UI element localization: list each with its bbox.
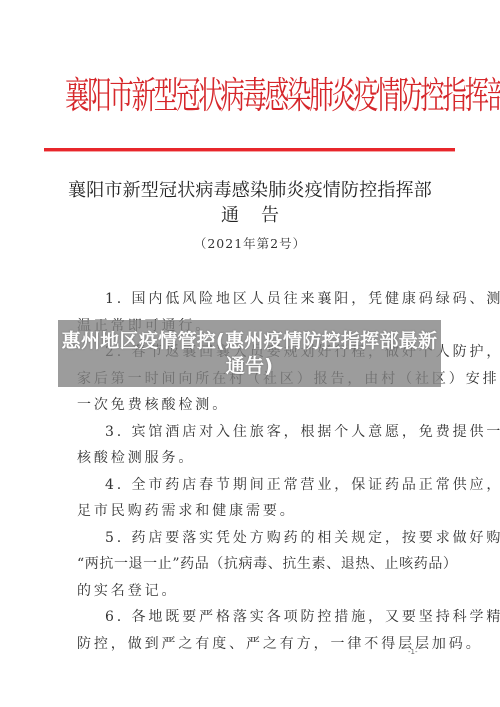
notice-issuer: 襄阳市新型冠状病毒感染肺炎疫情防控指挥部 [0,180,500,202]
body-line: 4. 全市药店春节期间正常营业，保证药品正常供应，满 [77,472,427,499]
body-line: 5. 药店要落实凭处方购药的相关规定，按要求做好购买 [77,525,427,552]
body-line: 一次免费核酸检测。 [77,392,427,419]
body-line: 足市民购药需求和健康需要。 [77,498,427,525]
page-number: -1- [408,648,418,656]
letterhead-title: 襄阳市新型冠状病毒感染肺炎疫情防控指挥部 [65,72,435,119]
notice-number: （2021年第2号） [0,236,500,252]
body-line: 的实名登记。 [77,578,427,605]
body-line: 3. 宾馆酒店对入住旅客，根据个人意愿，免费提供一次 [77,419,427,446]
body-line: 6. 各地既要严格落实各项防控措施，又要坚持科学精准 [77,604,427,631]
headline-overlay[interactable]: 惠州地区疫情管控(惠州疫情防控指挥部最新通告) [58,320,441,387]
notice-heading: 通告 [0,205,500,227]
body-line: “两抗一退一止”药品（抗病毒、抗生素、退热、止咳药品） [77,551,427,578]
body-line: 1. 国内低风险地区人员往来襄阳，凭健康码绿码、测体 [77,286,427,313]
body-line: 核酸检测服务。 [77,445,427,472]
body-line: 防控，做到严之有度、严之有方，一律不得层层加码。 [77,631,427,658]
headline-text[interactable]: 惠州地区疫情管控(惠州疫情防控指挥部最新通告) [58,329,441,379]
letterhead-divider [44,148,455,151]
